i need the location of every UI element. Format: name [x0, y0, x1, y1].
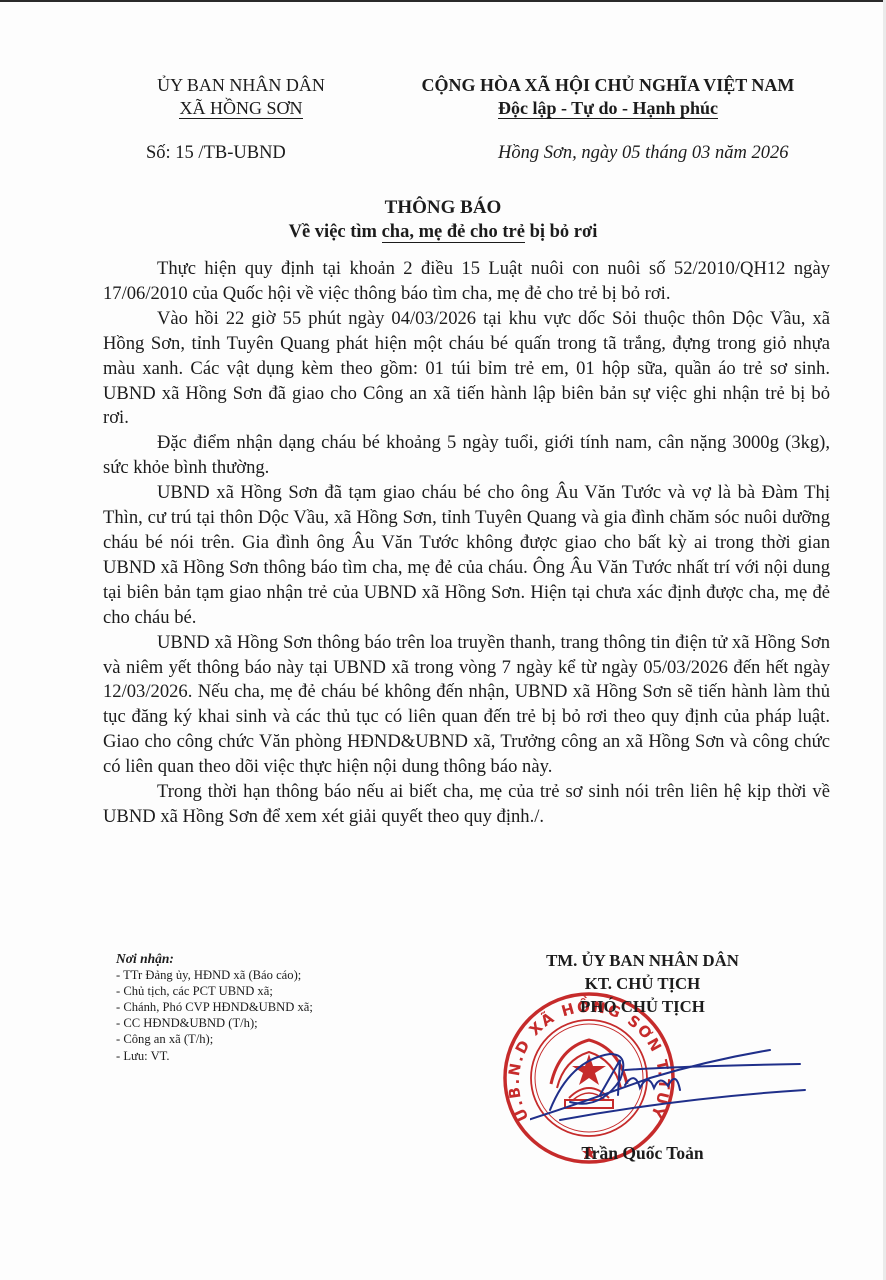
signer-name: Trần Quốc Toản: [490, 1143, 795, 1164]
body-paragraph: UBND xã Hồng Sơn đã tạm giao cháu bé cho…: [103, 481, 830, 630]
agency-name: ỦY BAN NHÂN DÂN: [110, 74, 372, 97]
recipients-heading: Nơi nhận:: [116, 951, 313, 967]
recipient-item: - Công an xã (T/h);: [116, 1031, 313, 1047]
page-top-border: [0, 0, 886, 2]
agency-header: ỦY BAN NHÂN DÂN XÃ HỒNG SƠN: [110, 74, 372, 120]
recipient-item: - CC HĐND&UBND (T/h);: [116, 1015, 313, 1031]
document-body: Thực hiện quy định tại khoản 2 điều 15 L…: [103, 257, 830, 830]
recipient-item: - Lưu: VT.: [116, 1048, 313, 1064]
recipient-item: - Chủ tịch, các PCT UBND xã;: [116, 983, 313, 999]
body-paragraph: Vào hồi 22 giờ 55 phút ngày 04/03/2026 t…: [103, 307, 830, 432]
document-number: Số: 15 /TB-UBND: [146, 143, 286, 164]
document-title: THÔNG BÁO: [0, 196, 886, 220]
signature-block: TM. ỦY BAN NHÂN DÂN KT. CHỦ TỊCH PHÓ CHỦ…: [490, 949, 795, 1018]
recipient-item: - TTr Đảng ủy, HĐND xã (Báo cáo);: [116, 967, 313, 983]
national-title: CỘNG HÒA XÃ HỘI CHỦ NGHĨA VIỆT NAM: [368, 74, 848, 97]
handwritten-signature-icon: [530, 1040, 810, 1130]
body-paragraph: Đặc điểm nhận dạng cháu bé khoảng 5 ngày…: [103, 431, 830, 481]
recipient-item: - Chánh, Phó CVP HĐND&UBND xã;: [116, 999, 313, 1015]
signer-title: PHÓ CHỦ TỊCH: [490, 995, 795, 1018]
place-date: Hồng Sơn, ngày 05 tháng 03 năm 2026: [498, 143, 788, 164]
document-subtitle: Về việc tìm cha, mẹ đẻ cho trẻ bị bỏ rơi: [0, 220, 886, 244]
body-paragraph: Trong thời hạn thông báo nếu ai biết cha…: [103, 780, 830, 830]
recipients-list: Nơi nhận: - TTr Đảng ủy, HĐND xã (Báo cá…: [116, 951, 313, 1064]
national-motto: Độc lập - Tự do - Hạnh phúc: [498, 98, 718, 119]
agency-commune: XÃ HỒNG SƠN: [179, 98, 302, 119]
signer-capacity: KT. CHỦ TỊCH: [490, 972, 795, 995]
national-header: CỘNG HÒA XÃ HỘI CHỦ NGHĨA VIỆT NAM Độc l…: [368, 74, 848, 120]
subtitle-prefix: Về việc tìm: [289, 222, 382, 242]
body-paragraph: Thực hiện quy định tại khoản 2 điều 15 L…: [103, 257, 830, 307]
body-paragraph: UBND xã Hồng Sơn thông báo trên loa truy…: [103, 631, 830, 780]
subtitle-underlined: cha, mẹ đẻ cho trẻ: [382, 222, 525, 243]
subtitle-suffix: bị bỏ rơi: [525, 222, 597, 242]
signer-org: TM. ỦY BAN NHÂN DÂN: [490, 949, 795, 972]
